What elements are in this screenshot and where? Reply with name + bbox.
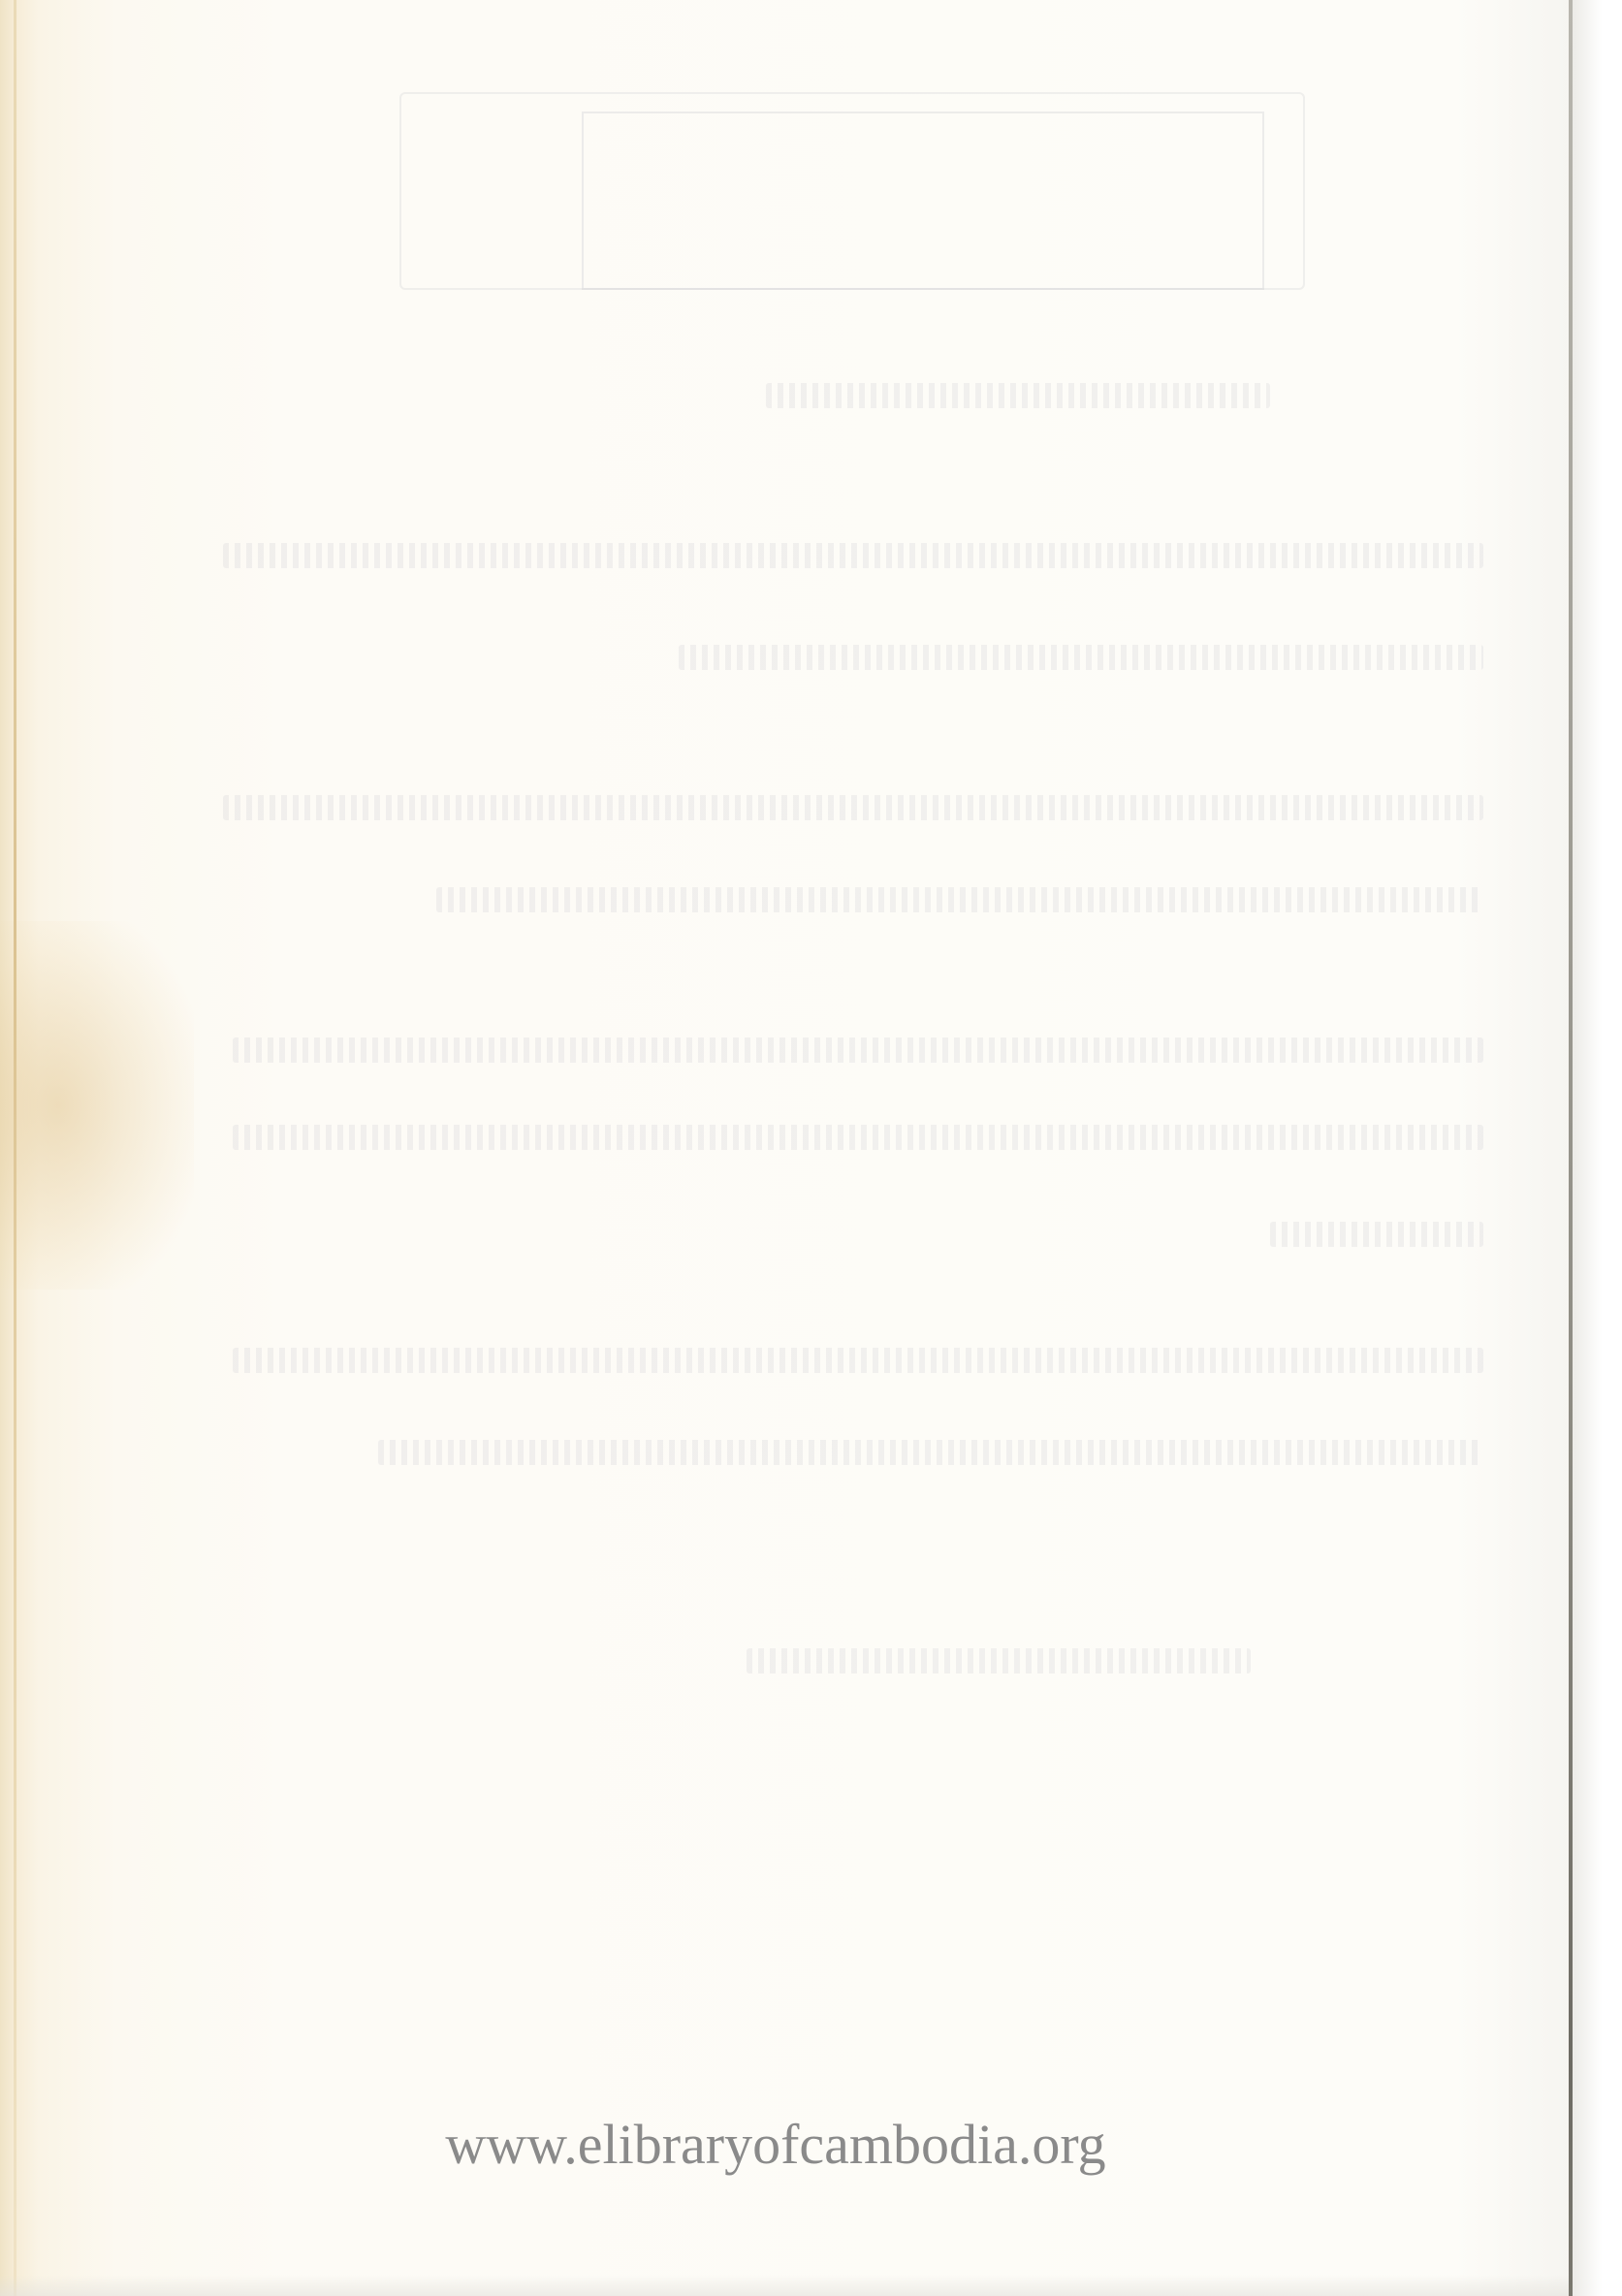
bleed-through-header-inner-frame xyxy=(582,112,1264,290)
scanned-page: www.elibraryofcambodia.org xyxy=(0,0,1580,2296)
bleed-through-text-line xyxy=(1270,1222,1483,1247)
bleed-through-text-line xyxy=(233,1125,1483,1150)
bleed-through-text-line xyxy=(378,1440,1483,1465)
bleed-through-text-line xyxy=(436,887,1483,912)
paper-stain xyxy=(0,921,194,1290)
bleed-through-text-line xyxy=(233,1037,1483,1063)
watermark-url: www.elibraryofcambodia.org xyxy=(0,2112,1551,2177)
bleed-through-text-line xyxy=(223,795,1483,820)
bleed-through-text-line xyxy=(766,383,1270,408)
bleed-through-text-line xyxy=(223,543,1483,568)
page-left-edge xyxy=(14,0,16,2296)
scanner-background xyxy=(1573,0,1622,2296)
bleed-through-text-line xyxy=(747,1648,1251,1674)
bleed-through-text-line xyxy=(679,645,1483,670)
bleed-through-text-line xyxy=(233,1348,1483,1373)
page-bottom-shadow xyxy=(0,2275,1573,2296)
